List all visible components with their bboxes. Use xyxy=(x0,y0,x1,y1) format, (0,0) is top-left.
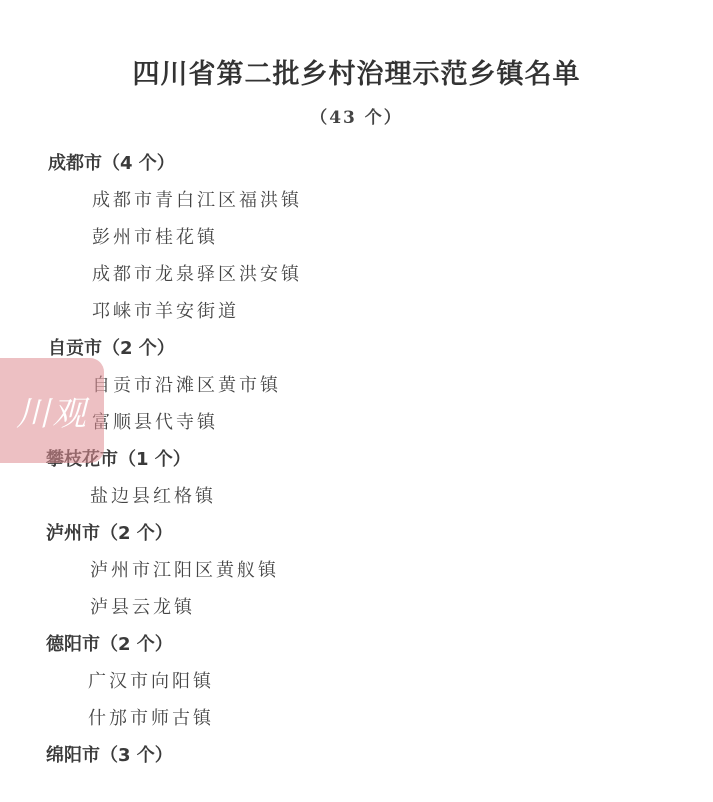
township-item: 自贡市沿滩区黄市镇 xyxy=(0,367,713,404)
city-heading: 成都市（4 个） xyxy=(0,145,713,182)
township-item: 彭州市桂花镇 xyxy=(0,219,713,256)
city-heading: 绵阳市（3 个） xyxy=(0,737,713,774)
township-list: 成都市（4 个） 成都市青白江区福洪镇 彭州市桂花镇 成都市龙泉驿区洪安镇 邛崃… xyxy=(0,145,713,774)
township-item: 成都市龙泉驿区洪安镇 xyxy=(0,256,713,293)
city-heading: 德阳市（2 个） xyxy=(0,626,713,663)
city-heading: 自贡市（2 个） xyxy=(0,330,713,367)
document-count: （43 个） xyxy=(0,103,713,128)
township-item: 广汉市向阳镇 xyxy=(0,663,713,700)
document-title: 四川省第二批乡村治理示范乡镇名单 xyxy=(0,52,713,91)
watermark-logo: 川观 xyxy=(0,358,104,463)
township-item: 邛崃市羊安街道 xyxy=(0,293,713,330)
township-item: 什邡市师古镇 xyxy=(0,700,713,737)
township-item: 盐边县红格镇 xyxy=(0,478,713,515)
township-item: 成都市青白江区福洪镇 xyxy=(0,182,713,219)
city-heading: 攀枝花市（1 个） xyxy=(0,441,713,478)
township-item: 泸县云龙镇 xyxy=(0,589,713,626)
city-heading: 泸州市（2 个） xyxy=(0,515,713,552)
township-item: 泸州市江阳区黄舣镇 xyxy=(0,552,713,589)
township-item: 富顺县代寺镇 xyxy=(0,404,713,441)
